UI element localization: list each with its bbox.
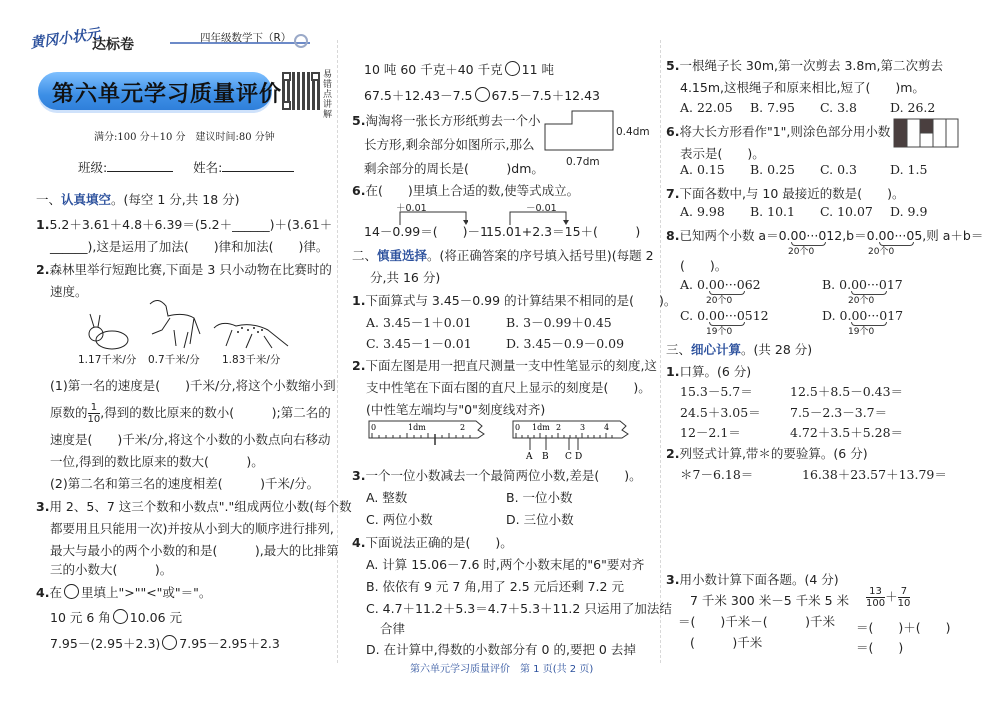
s2-q8-option-d[interactable]: D. 0.00···017 [822,308,903,323]
svg-text:D: D [575,452,582,460]
s2-q3-option-c[interactable]: C. 两位小数 [366,510,433,528]
s2-q8-stem: 8.已知两个小数 a＝0.00···012,b＝0.00···05,则 a＋b＝ [666,226,983,244]
s2-q8-option-b[interactable]: B. 0.00···017 [822,277,903,292]
section-2-title-line2: 分,共 16 分) [370,268,440,286]
s3-q3-right-expr: 13100＋710 [866,586,910,609]
calc-item: 4.72＋3.5＋5.28＝ [790,423,903,441]
svg-text:2: 2 [556,423,561,432]
s1-q2-sub2: (2)第二名和第三名的速度相差( )千米/分。 [50,474,319,492]
cheetah-speed: 1.83千米/分 [222,352,280,367]
s2-q5-option-a[interactable]: A. 22.05 [680,100,733,115]
s2-q1-option-b[interactable]: B. 3－0.99＋0.45 [506,313,612,331]
s1-q2-sub1-line2: 原数的110,得到的数比原来的数小( );第二名的 [50,402,331,425]
s2-q5-line1: 5.一根绳子长 30m,第一次剪去 3.8m,第二次剪去 [666,56,943,74]
calc-item: 24.5＋3.05＝ [680,403,761,421]
page-footer: 第六单元学习质量评价 第 1 页(共 2 页) [410,660,593,675]
s2-q3-stem: 3.一个一位小数减去一个最简两位小数,差是( )。 [352,466,642,484]
calc-item: 15.3－5.7＝ [680,382,753,400]
s1-q2-sub1-line4: 一位,得到的数比原来的数大( )。 [50,452,264,470]
s2-q5-line2: 4.15m,这根绳子和原来相比,短了( )m。 [680,78,925,96]
s1-q5-line3: 剩余部分的周长是( )dm。 [364,159,544,177]
qr-code-icon[interactable] [282,72,320,110]
s1-q2-line1: 2.森林里举行短跑比赛,下面是 3 只小动物在比赛时的 [36,260,332,278]
s3-q1-title: 1.口算。(6 分) [666,362,751,380]
option-d-brace-label: 19个0 [848,324,874,337]
s2-q7-option-d[interactable]: D. 9.9 [890,204,927,219]
shaded-rectangle-figure [893,118,959,148]
s2-q4-stem: 4.下面说法正确的是( )。 [352,533,513,551]
horse-speed: 0.7千米/分 [148,352,200,367]
answer-circle[interactable] [505,61,520,76]
s1-q3-line2: 都要用且只能用一次)并按从小到大的顺序进行排列, [50,519,334,537]
name-field[interactable] [222,159,294,172]
s2-q7-option-a[interactable]: A. 9.98 [680,204,725,219]
s2-q4-option-c-cont: 合律 [380,619,405,637]
s2-q4-option-a[interactable]: A. 计算 15.06－7.6 时,两个小数末尾的"6"要对齐 [366,555,644,573]
l-shape-figure [544,110,614,152]
svg-text:A: A [525,452,533,460]
s2-q3-option-d[interactable]: D. 三位小数 [506,510,574,528]
option-b-brace-label: 20个0 [848,293,874,306]
calc-item: 7.5－2.3－3.7＝ [790,403,887,421]
s2-q5-option-b[interactable]: B. 7.95 [750,100,795,115]
rabbit-speed: 1.17千米/分 [78,352,136,367]
spiral-icon [294,34,308,48]
page-title: 第六单元学习质量评价 [52,77,282,108]
s1-q4-stem: 4.在里填上">""<"或"＝"。 [36,583,211,601]
brace-label-a: 20个0 [788,244,814,257]
s3-q3-right-line2: ＝( )＋( ) [856,618,951,636]
compare-circle [64,584,79,599]
s3-q3-left-line3: ( )千米 [690,633,762,651]
s1-q6-stem: 6.在( )里填上合适的数,使等式成立。 [352,181,579,199]
s2-q4-option-b[interactable]: B. 依依有 9 元 7 角,用了 2.5 元后还剩 7.2 元 [366,577,624,595]
answer-circle[interactable] [475,87,490,102]
s2-q1-option-c[interactable]: C. 3.45－1－0.01 [366,334,472,352]
s1-q1-line1: 1.5.2＋3.61＋4.8＋6.39＝(5.2＋______)＋(3.61＋ [36,215,332,233]
s1-q4-item2: 7.95－(2.95＋2.3)7.95－2.95＋2.3 [50,634,280,652]
s2-q1-stem: 1.下面算式与 3.45－0.99 的计算结果不相同的是( )。 [352,291,676,309]
class-label: 班级: [78,160,107,175]
answer-circle[interactable] [113,609,128,624]
s2-q2-line3: (中性笔左端均与"0"刻度线对齐) [366,400,545,418]
s1-q3-line1: 3.用 2、5、7 这三个数和小数点"."组成两位小数(每个数 [36,497,352,515]
s2-q1-option-d[interactable]: D. 3.45－0.9－0.09 [506,334,624,352]
grade-label: 四年级数学下（R） [200,30,291,45]
series-label: 达标卷 [92,34,134,54]
s1-q5-line1: 5.淘淘将一张长方形纸剪去一个小 [352,111,540,129]
svg-text:3: 3 [580,423,585,432]
svg-text:0: 0 [515,423,520,432]
s2-q3-option-b[interactable]: B. 一位小数 [506,488,573,506]
s2-q7-stem: 7.下面各数中,与 10 最接近的数是( )。 [666,184,905,202]
s2-q7-option-c[interactable]: C. 10.07 [820,204,873,219]
s2-q2-line2: 支中性笔在下面右图的直尺上显示的刻度是( )。 [366,378,651,396]
s2-q6-option-d[interactable]: D. 1.5 [890,162,927,177]
s2-q6-line2: 表示是( )。 [680,144,765,162]
s1-q4-item3: 10 吨 60 千克＋40 千克11 吨 [364,60,554,78]
svg-text:4: 4 [604,423,609,432]
s3-q2-title: 2.列竖式计算,带＊的要验算。(6 分) [666,444,868,462]
s2-q6-option-c[interactable]: C. 0.3 [820,162,857,177]
vertical-calc-item: ＊7－6.18＝ [680,465,753,483]
s1-q6-eq2: 15.01+2.3＝15＋( ) [486,222,640,240]
s2-q3-option-a[interactable]: A. 整数 [366,488,407,506]
rabbit-icon [84,312,132,352]
option-c-brace-label: 19个0 [706,324,732,337]
s3-q3-left-line1: 7 千米 300 米－5 千米 5 米 [690,591,849,609]
svg-text:B: B [542,452,549,460]
svg-text:2: 2 [460,423,465,432]
calc-item: 12.5＋8.5－0.43＝ [790,382,903,400]
exam-meta: 满分:100 分＋10 分 建议时间:80 分钟 [94,128,275,143]
class-field[interactable] [107,159,173,172]
s2-q7-option-b[interactable]: B. 10.1 [750,204,795,219]
s2-q4-option-d[interactable]: D. 在计算中,得数的小数部分有 0 的,要把 0 去掉 [366,640,636,658]
answer-circle[interactable] [162,635,177,650]
svg-text:1dm: 1dm [408,423,426,432]
brace-label-b: 20个0 [868,244,894,257]
s2-q4-option-c[interactable]: C. 4.7＋11.2＋5.3＝4.7＋5.3＋11.2 只运用了加法结 [366,599,672,617]
horse-icon [144,296,202,352]
option-a-brace-label: 20个0 [706,293,732,306]
vertical-calc-item: 16.38＋23.57＋13.79＝ [802,465,947,483]
column-divider [660,40,661,663]
svg-text:1dm: 1dm [532,423,550,432]
s1-q2-line2: 速度。 [50,282,88,300]
svg-text:C: C [565,452,572,460]
s1-q5-line2: 长方形,剩余部分如图所示,那么 [364,135,534,153]
s3-q3-right-line3: ＝( ) [856,638,903,656]
s2-q2-line1: 2.下面左图是用一把直尺测量一支中性笔显示的刻度,这 [352,356,657,374]
brand-logo: 黄冈小状元 [29,23,101,53]
s2-q5-option-c[interactable]: C. 3.8 [820,100,857,115]
s1-q3-line3: 最大与最小的两个小数的和是( ),最大的比排第 [50,541,339,559]
ruler-right: 0 1dm 2 3 4 A B C D [512,420,630,460]
shape-width-label: 0.7dm [566,156,600,168]
s2-q6-option-a[interactable]: A. 0.15 [680,162,725,177]
s1-q4-item1: 10 元 6 角10.06 元 [50,608,182,626]
shape-height-label: 0.4dm [616,126,650,138]
student-info: 班级: 姓名: [78,158,294,176]
s1-q2-sub1-line1: (1)第一名的速度是( )千米/分,将这个小数缩小到 [50,376,336,394]
s2-q5-option-d[interactable]: D. 26.2 [890,100,935,115]
s3-q3-title: 3.用小数计算下面各题。(4 分) [666,570,839,588]
calc-item: 12－2.1＝ [680,423,741,441]
s1-q4-item4: 67.5＋12.43－7.567.5－7.5＋12.43 [364,86,600,104]
name-label: 姓名: [193,160,222,175]
ruler-left: 0 1dm 2 [368,420,486,446]
s1-q1-line2: ______),这是运用了加法( )律和加法( )律。 [50,237,328,255]
s1-q2-sub1-line3: 速度是( )千米/分,将这个小数的小数点向右移动 [50,430,330,448]
s2-q1-option-a[interactable]: A. 3.45－1＋0.01 [366,313,472,331]
s1-q3-line4: 三的小数大( )。 [50,560,172,578]
section-2-title: 二、慎重选择。(将正确答案的序号填入括号里)(每题 2 [352,246,654,264]
section-1-title: 一、认真填空。(每空 1 分,共 18 分) [36,190,240,208]
cheetah-icon [212,318,290,352]
column-divider [337,40,338,663]
s3-q3-left-line2: ＝( )千米－( )千米 [678,612,835,630]
s2-q8-option-a[interactable]: A. 0.00···062 [680,277,761,292]
svg-text:0: 0 [371,423,376,432]
s2-q8-option-c[interactable]: C. 0.00···0512 [680,308,769,323]
qr-caption: 易错点讲解 [323,70,333,120]
s2-q6-line1: 6.将大长方形看作"1",则涂色部分用小数 [666,122,890,140]
section-3-title: 三、细心计算。(共 28 分) [666,340,812,358]
s2-q8-blank: ( )。 [680,256,727,274]
s1-q6-eq1: 14－0.99＝( )－1 [364,222,488,240]
s2-q6-option-b[interactable]: B. 0.25 [750,162,795,177]
